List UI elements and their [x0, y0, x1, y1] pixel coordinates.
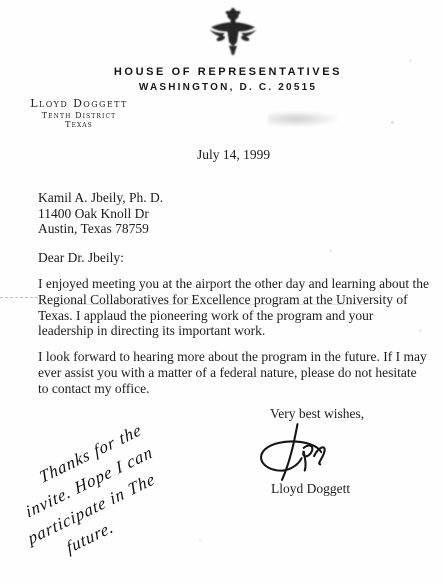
recipient-name: Kamil A. Jbeily, Ph. D. — [38, 190, 163, 206]
handwritten-note: Thanks for the invite. Hope I can partic… — [9, 385, 233, 575]
recipient-address2: Austin, Texas 78759 — [38, 221, 163, 237]
sender-block: Lloyd Doggett Tenth District Texas — [18, 97, 140, 129]
sender-state: Texas — [18, 120, 140, 129]
letterhead-subtitle: WASHINGTON, D. C. 20515 — [0, 82, 443, 93]
scan-artifact-line — [0, 297, 38, 298]
body-paragraph-1: I enjoyed meeting you at the airport the… — [38, 276, 430, 339]
letter-date: July 14, 1999 — [197, 147, 270, 163]
sender-name: Lloyd Doggett — [18, 97, 140, 110]
scan-smudge — [268, 111, 338, 127]
sender-district: Tenth District — [18, 111, 140, 120]
salutation: Dear Dr. Jbeily: — [38, 250, 124, 266]
signature-name: Lloyd Doggett — [271, 481, 350, 497]
body-paragraph-2: I look forward to hearing more about the… — [38, 349, 430, 396]
signature-scrawl — [254, 420, 342, 484]
recipient-address1: 11400 Oak Knoll Dr — [38, 206, 163, 222]
recipient-block: Kamil A. Jbeily, Ph. D. 11400 Oak Knoll … — [38, 190, 163, 237]
scanned-letter-page: HOUSE OF REPRESENTATIVES WASHINGTON, D. … — [0, 0, 443, 584]
scan-noise — [0, 0, 1, 1]
eagle-seal-icon — [207, 7, 259, 57]
letterhead-title: HOUSE OF REPRESENTATIVES — [0, 66, 443, 78]
